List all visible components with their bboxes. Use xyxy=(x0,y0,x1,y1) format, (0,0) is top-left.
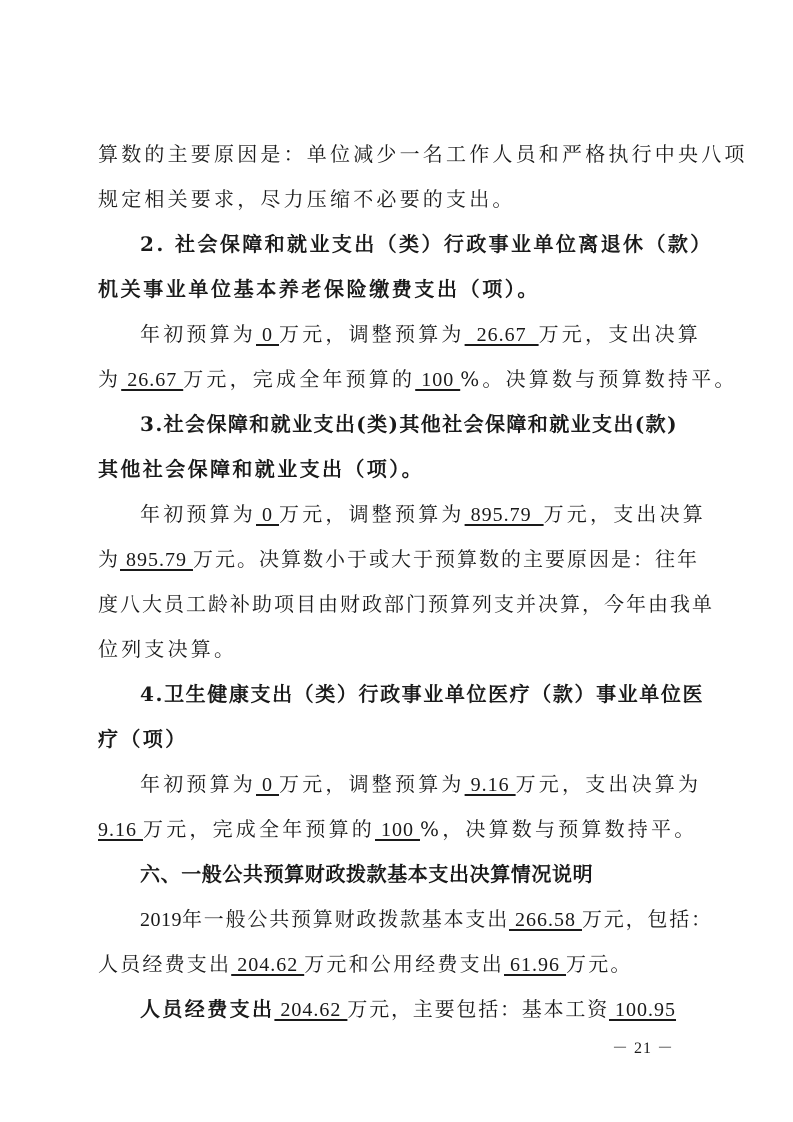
text: 万元，调整预算为 xyxy=(279,322,465,346)
public-expenditure: 61.96 xyxy=(504,954,566,976)
subheading-2: 2. 社会保障和就业支出（类）行政事业单位离退休（款） xyxy=(140,232,700,256)
personnel-label: 人员经费支出 xyxy=(140,997,274,1021)
adjusted-budget-value: 9.16 xyxy=(465,774,516,796)
paragraph-line: 为 26.67 万元，完成全年预算的 100 %。决算数与预算数持平。 xyxy=(98,367,698,392)
section-6-title: 六、一般公共预算财政拨款基本支出决算情况说明 xyxy=(140,862,700,886)
text: 年一般公共预算财政拨款基本支出 xyxy=(182,907,509,931)
final-account-value: 895.79 xyxy=(120,549,193,571)
text: 年初预算为 xyxy=(140,772,256,796)
paragraph-line: 年初预算为 0 万元，调整预算为 26.67 万元，支出决算 xyxy=(140,322,700,347)
text: 万元。决算数小于或大于预算数的主要原因是：往年 xyxy=(193,547,699,571)
paragraph-line: 位列支决算。 xyxy=(98,637,698,661)
paragraph-line: 算数的主要原因是：单位减少一名工作人员和严格执行中央八项 xyxy=(98,142,698,166)
subheading-3: 3.社会保障和就业支出(类)其他社会保障和就业支出(款) xyxy=(140,412,700,436)
final-account-value: 9.16 xyxy=(98,819,143,841)
subheading-3-cont: 其他社会保障和就业支出（项）。 xyxy=(98,457,698,481)
completion-pct-value: 100 xyxy=(375,819,420,841)
final-account-value: 26.67 xyxy=(121,369,183,391)
text: 万元，主要包括：基本工资 xyxy=(347,997,609,1021)
paragraph-line: 为 895.79 万元。决算数小于或大于预算数的主要原因是：往年 xyxy=(98,547,698,572)
text: %。决算数与预算数持平。 xyxy=(460,367,737,391)
text: 万元，支出决算 xyxy=(539,322,701,346)
text: 万元，支出决算为 xyxy=(516,772,702,796)
text: 万元，支出决算 xyxy=(544,502,706,526)
text: 万元，完成全年预算的 xyxy=(183,367,415,391)
personnel-expenditure: 204.62 xyxy=(274,999,347,1021)
text: 年初预算为 xyxy=(140,322,256,346)
text: 万元，调整预算为 xyxy=(279,502,465,526)
paragraph-line: 人员经费支出 204.62 万元和公用经费支出 61.96 万元。 xyxy=(98,952,698,977)
initial-budget-value: 0 xyxy=(256,504,279,526)
page-number: － 21 － xyxy=(612,1035,674,1058)
document-page: 算数的主要原因是：单位减少一名工作人员和严格执行中央八项 规定相关要求，尽力压缩… xyxy=(0,0,793,1122)
initial-budget-value: 0 xyxy=(256,774,279,796)
year: 2019 xyxy=(140,909,182,931)
paragraph-line: 人员经费支出 204.62 万元，主要包括：基本工资 100.95 xyxy=(140,997,700,1022)
paragraph-line: 规定相关要求，尽力压缩不必要的支出。 xyxy=(98,187,698,211)
text: 万元，调整预算为 xyxy=(279,772,465,796)
paragraph-line: 9.16 万元，完成全年预算的 100 %，决算数与预算数持平。 xyxy=(98,817,698,842)
adjusted-budget-value: 26.67 xyxy=(465,324,539,346)
paragraph-line: 度八大员工龄补助项目由财政部门预算列支并决算，今年由我单 xyxy=(98,592,698,616)
paragraph-line: 2019年一般公共预算财政拨款基本支出 266.58 万元，包括： xyxy=(140,907,700,932)
text: 万元和公用经费支出 xyxy=(304,952,504,976)
basic-expenditure-total: 266.58 xyxy=(509,909,582,931)
completion-pct-value: 100 xyxy=(415,369,460,391)
text: 万元。 xyxy=(566,952,633,976)
text: 为 xyxy=(98,367,121,391)
subheading-2-cont: 机关事业单位基本养老保险缴费支出（项）。 xyxy=(98,277,698,301)
subheading-4-cont: 疗（项） xyxy=(98,727,698,751)
basic-salary-value: 100.95 xyxy=(609,999,676,1021)
initial-budget-value: 0 xyxy=(256,324,279,346)
adjusted-budget-value: 895.79 xyxy=(465,504,544,526)
subheading-4: 4.卫生健康支出（类）行政事业单位医疗（款）事业单位医 xyxy=(140,682,700,706)
text: 万元，完成全年预算的 xyxy=(143,817,375,841)
text: 万元，包括： xyxy=(582,907,713,931)
paragraph-line: 年初预算为 0 万元，调整预算为 895.79 万元，支出决算 xyxy=(140,502,700,527)
text: 为 xyxy=(98,547,120,571)
paragraph-line: 年初预算为 0 万元，调整预算为 9.16 万元，支出决算为 xyxy=(140,772,700,797)
text: 人员经费支出 xyxy=(98,952,231,976)
text: 年初预算为 xyxy=(140,502,256,526)
text: %，决算数与预算数持平。 xyxy=(420,817,697,841)
personnel-expenditure: 204.62 xyxy=(231,954,304,976)
